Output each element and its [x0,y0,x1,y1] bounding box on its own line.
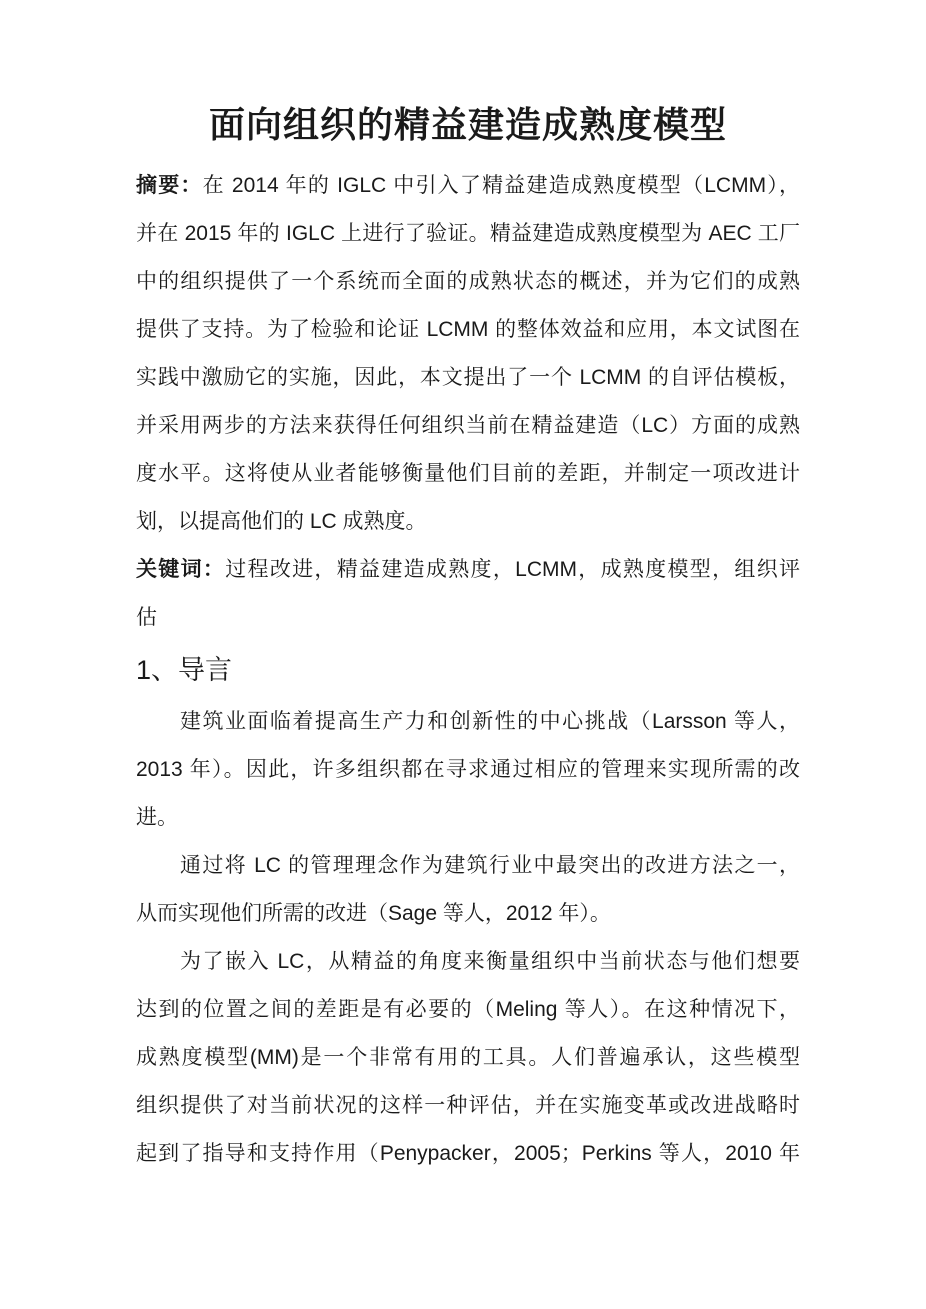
text-line: 建筑业面临着提高生产力和创新性的中心挑战（Larsson 等人， [136,698,800,746]
text-line: 成熟度模型(MM)是一个非常有用的工具。人们普遍承认，这些模型 [136,1034,800,1082]
text-line: 起到了指导和支持作用（Penypacker，2005；Perkins 等人，20… [136,1130,800,1178]
text-line: 度水平。这将使从业者能够衡量他们目前的差距，并制定一项改进计 [136,450,800,498]
text-line: 从而实现他们所需的改进（Sage 等人，2012 年）。 [136,890,800,938]
document-title: 面向组织的精益建造成熟度模型 [136,100,800,150]
text-line: 并在 2015 年的 IGLC 上进行了验证。精益建造成熟度模型为 AEC 工厂 [136,210,800,258]
abstract-paragraph: 摘要：在 2014 年的 IGLC 中引入了精益建造成熟度模型（LCMM），并在… [136,162,800,546]
text-line: 通过将 LC 的管理理念作为建筑行业中最突出的改进方法之一， [136,842,800,890]
text-line: 为了嵌入 LC，从精益的角度来衡量组织中当前状态与他们想要 [136,938,800,986]
intro-paragraph-3: 为了嵌入 LC，从精益的角度来衡量组织中当前状态与他们想要达到的位置之间的差距是… [136,938,800,1178]
text-line: 达到的位置之间的差距是有必要的（Meling 等人）。在这种情况下， [136,986,800,1034]
bold-label: 关键词： [136,558,225,581]
text-line: 摘要：在 2014 年的 IGLC 中引入了精益建造成熟度模型（LCMM）， [136,162,800,210]
text-line: 进。 [136,794,800,842]
text-line: 中的组织提供了一个系统而全面的成熟状态的概述，并为它们的成熟 [136,258,800,306]
section-1-heading: 1、导言 [136,642,800,698]
text-line: 划，以提高他们的 LC 成熟度。 [136,498,800,546]
text-line: 组织提供了对当前状况的这样一种评估，并在实施变革或改进战略时 [136,1082,800,1130]
intro-paragraph-2: 通过将 LC 的管理理念作为建筑行业中最突出的改进方法之一，从而实现他们所需的改… [136,842,800,938]
text-line: 估 [136,594,800,642]
bold-label: 摘要： [136,174,203,197]
text-line: 实践中激励它的实施，因此，本文提出了一个 LCMM 的自评估模板， [136,354,800,402]
text-line: 提供了支持。为了检验和论证 LCMM 的整体效益和应用，本文试图在 [136,306,800,354]
text-line: 关键词：过程改进，精益建造成熟度，LCMM，成熟度模型，组织评 [136,546,800,594]
document-body: 摘要：在 2014 年的 IGLC 中引入了精益建造成熟度模型（LCMM），并在… [136,162,800,1178]
document-page: 面向组织的精益建造成熟度模型 摘要：在 2014 年的 IGLC 中引入了精益建… [0,0,926,1309]
text-line: 并采用两步的方法来获得任何组织当前在精益建造（LC）方面的成熟 [136,402,800,450]
text-line: 2013 年）。因此，许多组织都在寻求通过相应的管理来实现所需的改 [136,746,800,794]
intro-paragraph-1: 建筑业面临着提高生产力和创新性的中心挑战（Larsson 等人，2013 年）。… [136,698,800,842]
keywords-paragraph: 关键词：过程改进，精益建造成熟度，LCMM，成熟度模型，组织评估 [136,546,800,642]
